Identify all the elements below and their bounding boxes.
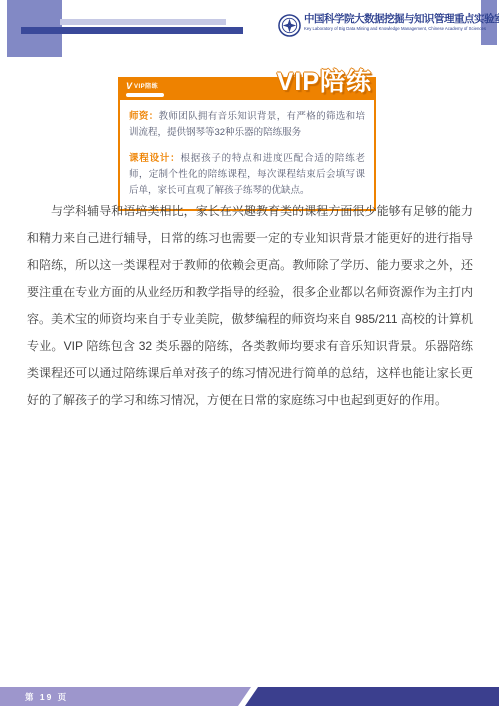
infobox-item-course-design: 课程设计：根据孩子的特点和进度匹配合适的陪练老师，定制个性化的陪练课程，每次课程… (129, 151, 365, 199)
report-page: { "header": { "lab_name_cn": "中国科学院大数据挖掘… (0, 0, 499, 706)
lab-logo: 中国科学院大数据挖掘与知识管理重点实验室 Key Laboratory of B… (278, 13, 484, 42)
infobox-item-teachers: 师资：教师团队拥有音乐知识背景，有严格的筛选和培训流程，提供钢琴等32种乐器的陪… (129, 109, 365, 141)
brand-pill-shape (126, 93, 164, 97)
infobox-item-label: 师资： (129, 111, 159, 122)
vip-infobox-header: V VIP陪练 VIP陪练 (120, 79, 374, 100)
infobox-item-label: 课程设计： (129, 153, 180, 164)
infobox-item-text: 教师团队拥有音乐知识背景，有严格的筛选和培训流程，提供钢琴等32种乐器的陪练服务 (129, 111, 365, 138)
brand-v-icon: V (126, 82, 132, 91)
page-number: 第 19 页 (25, 687, 68, 706)
cas-emblem-icon (278, 14, 301, 42)
main-paragraph: 与学科辅导和语培类相比，家长在兴趣教育类的课程方面很少能够有足够的能力和精力来自… (27, 198, 473, 414)
vip-brand-top: V VIP陪练 (126, 82, 164, 91)
footer: 第 19 页 (0, 687, 499, 706)
lab-names: 中国科学院大数据挖掘与知识管理重点实验室 Key Laboratory of B… (304, 13, 499, 32)
lab-name-cn: 中国科学院大数据挖掘与知识管理重点实验室 (304, 13, 499, 26)
vip-brand-logo: V VIP陪练 (126, 82, 164, 97)
brand-logo-text: VIP陪练 (134, 84, 158, 90)
vip-infobox-body: 师资：教师团队拥有音乐知识背景，有严格的筛选和培训流程，提供钢琴等32种乐器的陪… (120, 100, 374, 209)
header-navy-bar (21, 27, 243, 34)
header-light-bar (60, 19, 226, 25)
lab-name-en: Key Laboratory of Big Data Mining and Kn… (304, 26, 494, 32)
vip-infobox-title: VIP陪练 (277, 62, 372, 98)
vip-infobox: V VIP陪练 VIP陪练 师资：教师团队拥有音乐知识背景，有严格的筛选和培训流… (118, 77, 376, 211)
